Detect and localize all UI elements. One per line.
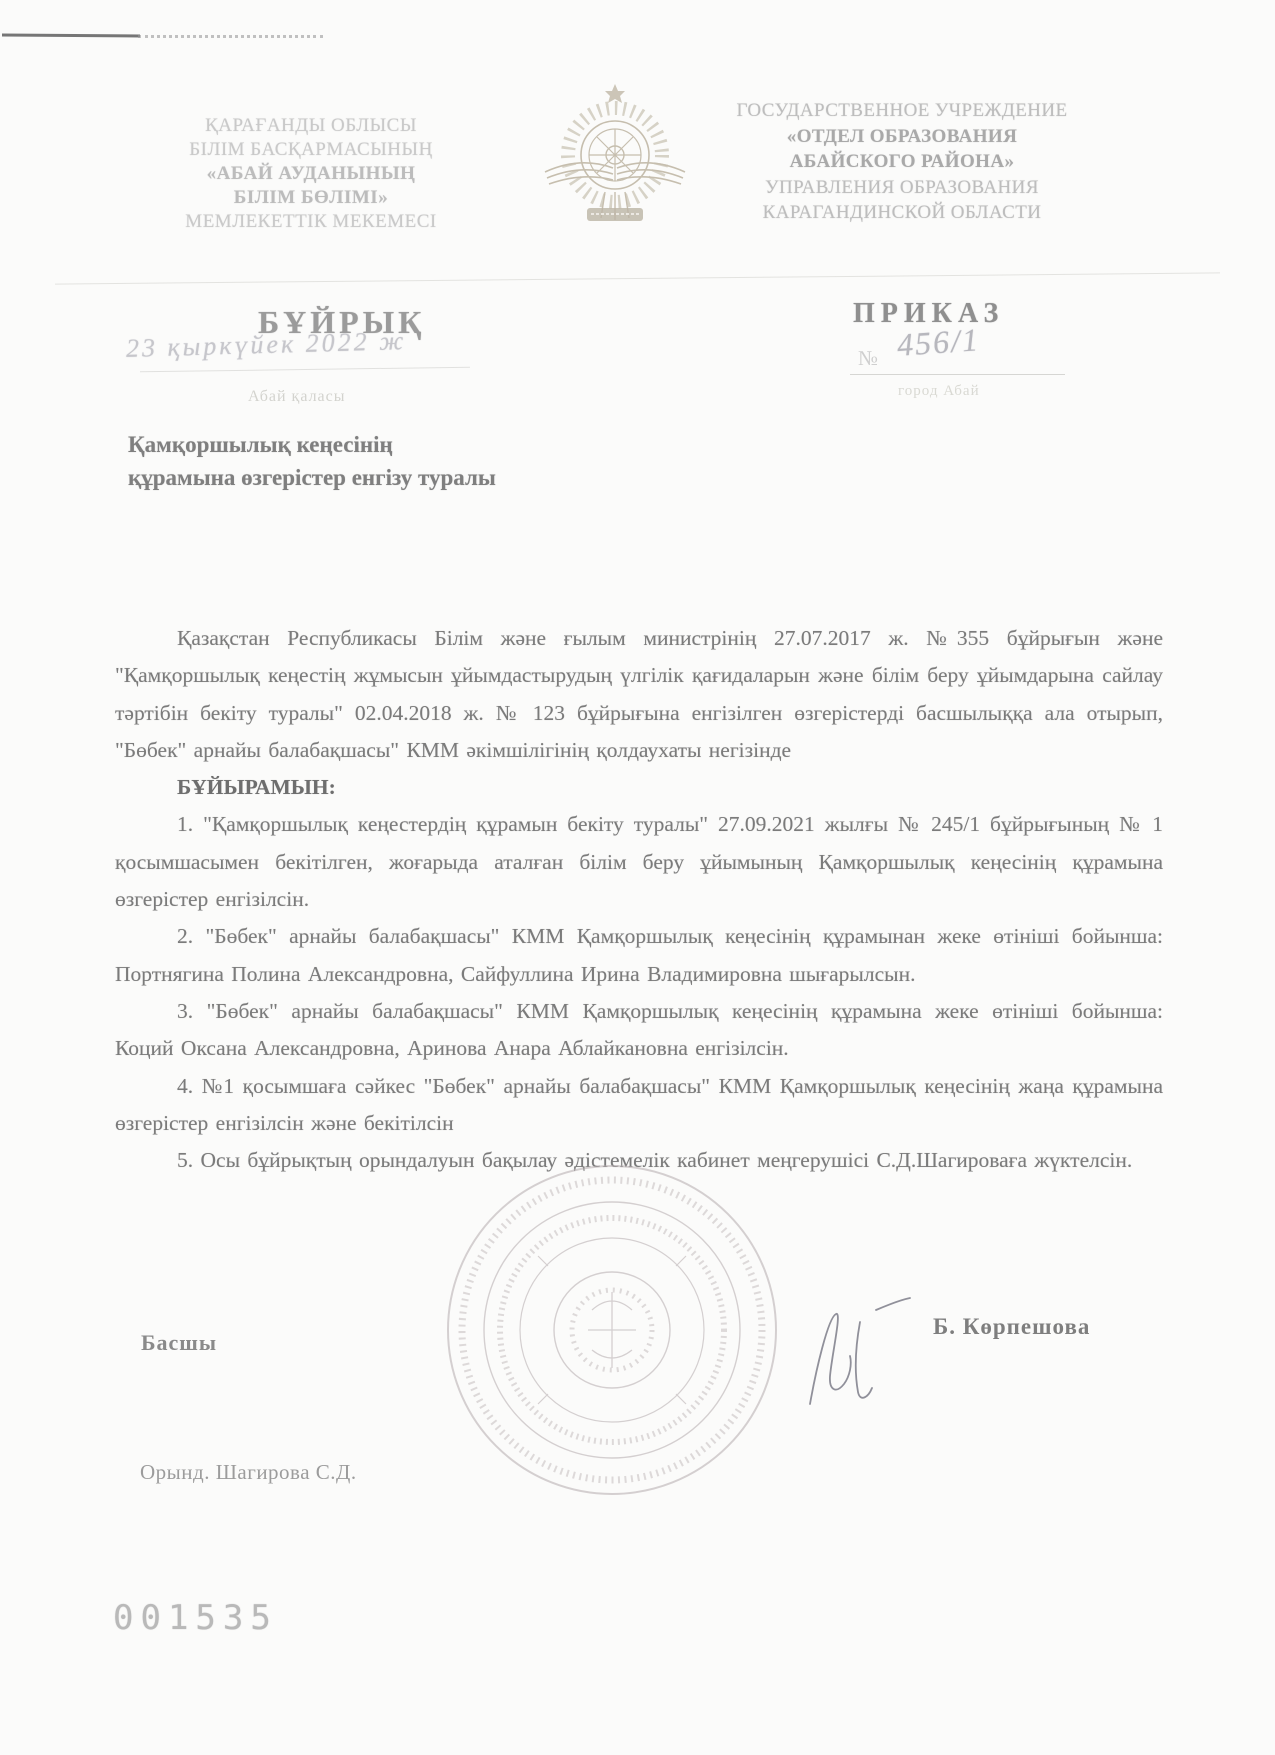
org-name-kk-line: ҚАРАҒАНДЫ ОБЛЫСЫ bbox=[150, 114, 472, 138]
org-name-ru-line: ГОСУДАРСТВЕННОЕ УЧРЕЖДЕНИЕ bbox=[722, 98, 1082, 124]
document-serial-number: 001535 bbox=[113, 1598, 278, 1638]
order-body: Қазақстан Республикасы Білім және ғылым … bbox=[115, 620, 1163, 1179]
resolve-word: БҰЙЫРАМЫН: bbox=[115, 769, 1163, 806]
round-stamp-icon bbox=[442, 1160, 782, 1500]
handwritten-date: 23 қыркүйек 2022 ж bbox=[126, 326, 407, 364]
org-name-kk-line: «АБАЙ АУДАНЫНЫҢ bbox=[150, 162, 472, 186]
city-label-kazakh: Абай қаласы bbox=[248, 388, 346, 406]
signer-position-label: Басшы bbox=[141, 1330, 217, 1356]
document-title: Қамқоршылық кеңесінің құрамына өзгерісте… bbox=[128, 428, 728, 494]
scan-artifact-fold-line bbox=[55, 272, 1220, 284]
order-item-3: 3. "Бөбек" арнайы балабақшасы" КММ Қамқо… bbox=[115, 993, 1163, 1068]
document-title-line2: құрамына өзгерістер енгізу туралы bbox=[128, 461, 728, 494]
org-name-kk-line: БІЛІМ БӨЛІМІ» bbox=[150, 186, 472, 210]
org-name-ru-line: КАРАГАНДИНСКОЙ ОБЛАСТИ bbox=[722, 200, 1082, 226]
handwritten-signature bbox=[772, 1292, 922, 1422]
org-name-kk-line: МЕМЛЕКЕТТІК МЕКЕМЕСІ bbox=[150, 210, 472, 234]
city-label-russian: город Абай bbox=[898, 383, 980, 400]
intro-paragraph: Қазақстан Республикасы Білім және ғылым … bbox=[115, 620, 1163, 769]
signer-name: Б. Көрпешова bbox=[933, 1314, 1090, 1340]
org-name-ru-line: «ОТДЕЛ ОБРАЗОВАНИЯ bbox=[722, 124, 1082, 150]
scan-artifact-scratch bbox=[2, 34, 140, 38]
org-name-kazakh: ҚАРАҒАНДЫ ОБЛЫСЫ БІЛІМ БАСҚАРМАСЫНЫҢ «АБ… bbox=[150, 114, 472, 234]
handwritten-order-number: 456/1 bbox=[896, 321, 981, 364]
kazakhstan-coat-of-arms-icon bbox=[525, 80, 705, 230]
executor-line: Орынд. Шагирова С.Д. bbox=[140, 1460, 357, 1485]
scanned-order-document: ҚАРАҒАНДЫ ОБЛЫСЫ БІЛІМ БАСҚАРМАСЫНЫҢ «АБ… bbox=[0, 0, 1275, 1755]
order-item-1: 1. "Қамқоршылық кеңестердің құрамын бекі… bbox=[115, 806, 1163, 918]
order-number-underline bbox=[850, 374, 1065, 375]
scan-artifact-scratch-dots bbox=[138, 35, 323, 38]
org-name-ru-line: АБАЙСКОГО РАЙОНА» bbox=[722, 149, 1082, 175]
order-number-prefix: № bbox=[858, 346, 878, 371]
date-underline bbox=[140, 367, 470, 373]
document-title-line1: Қамқоршылық кеңесінің bbox=[128, 428, 728, 461]
order-item-4: 4. №1 қосымшаға сәйкес "Бөбек" арнайы ба… bbox=[115, 1068, 1163, 1143]
org-name-kk-line: БІЛІМ БАСҚАРМАСЫНЫҢ bbox=[150, 138, 472, 162]
org-name-ru-line: УПРАВЛЕНИЯ ОБРАЗОВАНИЯ bbox=[722, 175, 1082, 201]
order-item-2: 2. "Бөбек" арнайы балабақшасы" КММ Қамқо… bbox=[115, 918, 1163, 993]
org-name-russian: ГОСУДАРСТВЕННОЕ УЧРЕЖДЕНИЕ «ОТДЕЛ ОБРАЗО… bbox=[722, 98, 1082, 226]
